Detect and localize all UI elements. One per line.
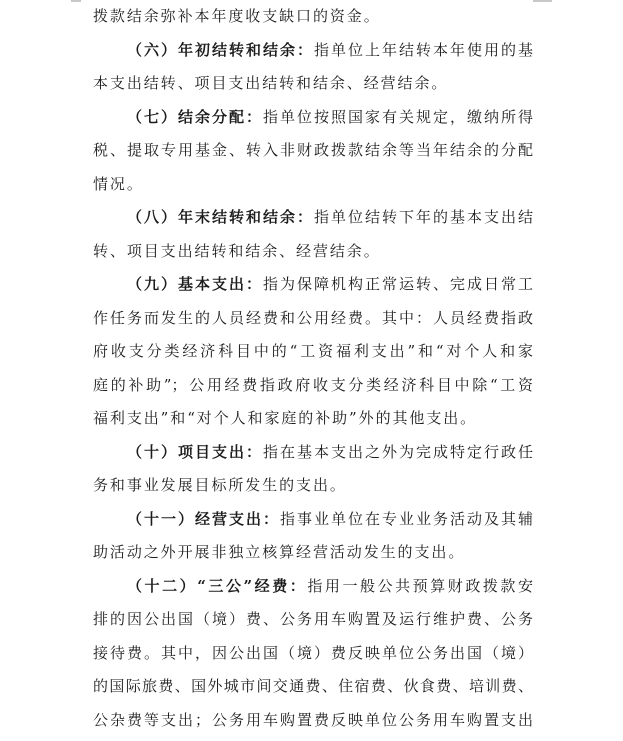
paragraph-heading: （九）基本支出： xyxy=(127,275,263,293)
paragraph-heading: （十一）经营支出： xyxy=(127,510,280,528)
paragraph-continuation: 拨款结余弥补本年度收支缺口的资金。 xyxy=(93,0,533,34)
text-line: 接待费。其中，因公出国（境）费反映单位公务出国（境） xyxy=(93,637,533,671)
page-corner-mark-left xyxy=(71,0,81,2)
paragraph-text: 指单位结转下年的基本支出结 xyxy=(314,208,533,226)
paragraph-heading: （六）年初结转和结余： xyxy=(127,41,314,59)
document-body: 拨款结余弥补本年度收支缺口的资金。 （六）年初结转和结余：指单位上年结转本年使用… xyxy=(93,0,533,737)
paragraph-heading: （八）年末结转和结余： xyxy=(127,208,314,226)
paragraph-item-12: （十二）“三公”经费：指用一般公共预算财政拨款安 排的因公出国（境）费、公务用车… xyxy=(93,570,533,738)
text-line: 务和事业发展目标所发生的支出。 xyxy=(93,469,533,503)
text-line: 作任务而发生的人员经费和公用经费。其中：人员经费指政 xyxy=(93,302,533,336)
text-line: 情况。 xyxy=(93,168,533,202)
paragraph-text: 指为保障机构正常运转、完成日常工 xyxy=(263,275,533,293)
paragraph-item-9: （九）基本支出：指为保障机构正常运转、完成日常工 作任务而发生的人员经费和公用经… xyxy=(93,268,533,436)
text-line: 的国际旅费、国外城市间交通费、住宿费、伙食费、培训费、 xyxy=(93,670,533,704)
paragraph-text: 指单位上年结转本年使用的基 xyxy=(314,41,533,59)
text-line: 本支出结转、项目支出结转和结余、经营结余。 xyxy=(93,67,533,101)
text-line: （八）年末结转和结余：指单位结转下年的基本支出结 xyxy=(93,201,533,235)
paragraph-heading: （十二）“三公”经费： xyxy=(127,577,307,595)
paragraph-text: 指在基本支出之外为完成特定行政任 xyxy=(263,443,533,461)
paragraph-item-6: （六）年初结转和结余：指单位上年结转本年使用的基 本支出结转、项目支出结转和结余… xyxy=(93,34,533,101)
paragraph-item-8: （八）年末结转和结余：指单位结转下年的基本支出结 转、项目支出结转和结余、经营结… xyxy=(93,201,533,268)
text-line: 庭的补助”；公用经费指政府收支分类经济科目中除“工资 xyxy=(93,369,533,403)
text-line: （十）项目支出：指在基本支出之外为完成特定行政任 xyxy=(93,436,533,470)
text-line: 助活动之外开展非独立核算经营活动发生的支出。 xyxy=(93,536,533,570)
paragraph-item-10: （十）项目支出：指在基本支出之外为完成特定行政任 务和事业发展目标所发生的支出。 xyxy=(93,436,533,503)
paragraph-heading: （十）项目支出： xyxy=(127,443,263,461)
page-corner-mark-right xyxy=(533,0,552,2)
text-line: （九）基本支出：指为保障机构正常运转、完成日常工 xyxy=(93,268,533,302)
text-line: （十一）经营支出：指事业单位在专业业务活动及其辅 xyxy=(93,503,533,537)
paragraph-text: 指事业单位在专业业务活动及其辅 xyxy=(280,510,533,528)
text-line: 拨款结余弥补本年度收支缺口的资金。 xyxy=(93,0,533,34)
text-line: （七）结余分配：指单位按照国家有关规定，缴纳所得 xyxy=(93,101,533,135)
paragraph-text: 指单位按照国家有关规定，缴纳所得 xyxy=(263,108,533,126)
text-line: （十二）“三公”经费：指用一般公共预算财政拨款安 xyxy=(93,570,533,604)
paragraph-item-11: （十一）经营支出：指事业单位在专业业务活动及其辅 助活动之外开展非独立核算经营活… xyxy=(93,503,533,570)
text-line: （六）年初结转和结余：指单位上年结转本年使用的基 xyxy=(93,34,533,68)
text-line: 公杂费等支出；公务用车购置费反映单位公务用车购置支出 xyxy=(93,704,533,738)
text-line: 排的因公出国（境）费、公务用车购置及运行维护费、公务 xyxy=(93,603,533,637)
text-line: 转、项目支出结转和结余、经营结余。 xyxy=(93,235,533,269)
text-line: 府收支分类经济科目中的“工资福利支出”和“对个人和家 xyxy=(93,335,533,369)
text-line: 福利支出”和“对个人和家庭的补助”外的其他支出。 xyxy=(93,402,533,436)
paragraph-item-7: （七）结余分配：指单位按照国家有关规定，缴纳所得 税、提取专用基金、转入非财政拨… xyxy=(93,101,533,202)
paragraph-heading: （七）结余分配： xyxy=(127,108,263,126)
text-line: 税、提取专用基金、转入非财政拨款结余等当年结余的分配 xyxy=(93,134,533,168)
paragraph-text: 指用一般公共预算财政拨款安 xyxy=(307,577,533,595)
